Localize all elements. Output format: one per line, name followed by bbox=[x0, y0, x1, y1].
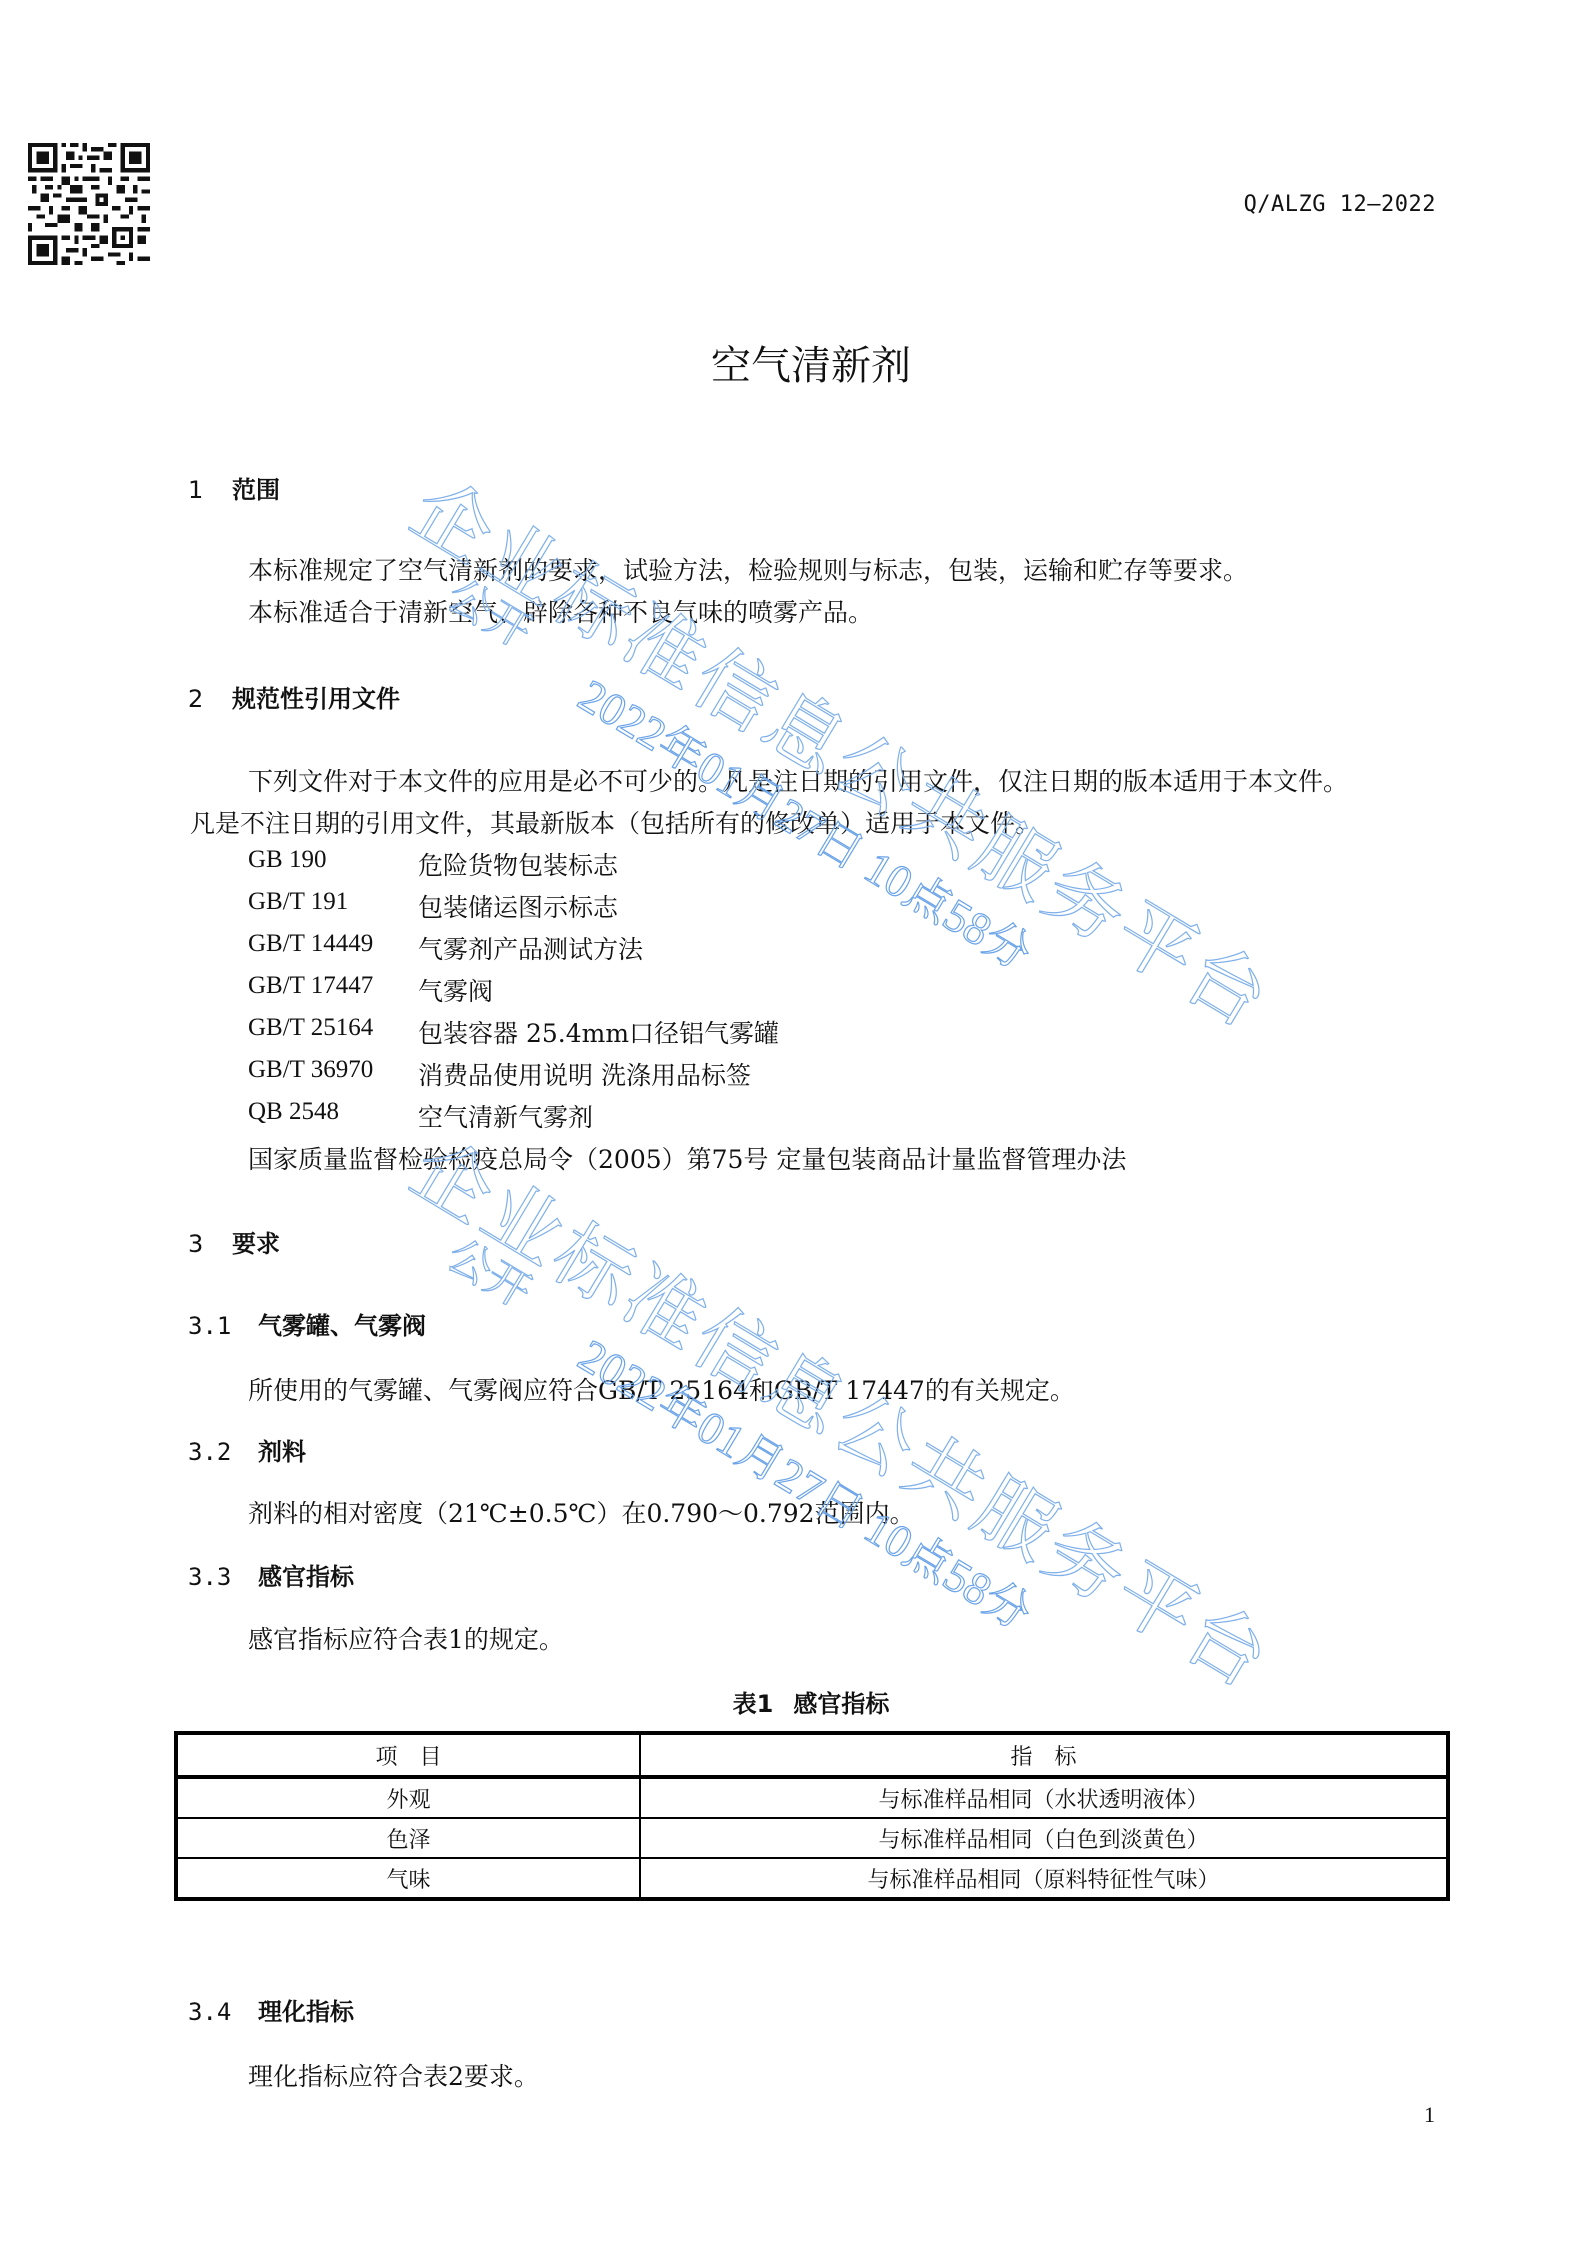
reference-code: GB/T 191 bbox=[248, 888, 348, 916]
reference-code: QB 2548 bbox=[248, 1098, 339, 1126]
watermark-status: 公开 bbox=[437, 1220, 545, 1320]
reference-title: 危险货物包装标志 bbox=[418, 846, 618, 882]
table-caption: 表1感官指标 bbox=[0, 1684, 1588, 1719]
section-title: 范围 bbox=[232, 476, 280, 504]
section-number: 3 bbox=[188, 1230, 232, 1258]
reference-code: GB/T 14449 bbox=[248, 930, 373, 958]
table-cell: 色泽 bbox=[176, 1818, 640, 1858]
reference-title: 空气清新气雾剂 bbox=[418, 1098, 593, 1134]
table-cell: 外观 bbox=[176, 1777, 640, 1818]
subsection-3-1-heading: 3.1气雾罐、气雾阀 bbox=[188, 1306, 426, 1341]
table-header-row: 项 目 指 标 bbox=[176, 1733, 1448, 1777]
subsection-3-4-heading: 3.4理化指标 bbox=[188, 1992, 354, 2027]
paragraph: 感官指标应符合表1的规定。 bbox=[248, 1620, 564, 1656]
document-code: Q/ALZG 12—2022 bbox=[1244, 192, 1436, 217]
page-title: 空气清新剂 bbox=[0, 334, 1588, 391]
section-title: 要求 bbox=[232, 1230, 280, 1258]
paragraph: 所使用的气雾罐、气雾阀应符合GB/T 25164和GB/T 17447的有关规定… bbox=[248, 1371, 1075, 1407]
sensory-index-table: 项 目 指 标 外观 与标准样品相同（水状透明液体） 色泽 与标准样品相同（白色… bbox=[174, 1731, 1450, 1901]
section-2-heading: 2规范性引用文件 bbox=[188, 679, 400, 714]
table-row: 外观 与标准样品相同（水状透明液体） bbox=[176, 1777, 1448, 1818]
reference-title: 气雾剂产品测试方法 bbox=[418, 930, 643, 966]
reference-title: 包装储运图示标志 bbox=[418, 888, 618, 924]
paragraph: 本标准适合于清新空气、辟除各种不良气味的喷雾产品。 bbox=[248, 593, 873, 629]
paragraph: 本标准规定了空气清新剂的要求，试验方法，检验规则与标志，包装，运输和贮存等要求。 bbox=[248, 551, 1248, 587]
section-number: 3.2 bbox=[188, 1438, 258, 1466]
reference-extra: 国家质量监督检验检疫总局令（2005）第75号 定量包装商品计量监督管理办法 bbox=[248, 1140, 1126, 1176]
reference-code: GB/T 17447 bbox=[248, 972, 373, 1000]
paragraph: 理化指标应符合表2要求。 bbox=[248, 2057, 539, 2093]
watermark-datetime: 2022年01月27日 10点58分 bbox=[568, 1320, 1046, 1643]
subsection-3-3-heading: 3.3感官指标 bbox=[188, 1557, 354, 1592]
reference-title: 气雾阀 bbox=[418, 972, 493, 1008]
column-header: 项 目 bbox=[176, 1733, 640, 1777]
section-title: 剂料 bbox=[258, 1438, 306, 1466]
section-title: 气雾罐、气雾阀 bbox=[258, 1312, 426, 1340]
table-title: 感官指标 bbox=[793, 1690, 889, 1718]
page-number: 1 bbox=[1424, 2102, 1435, 2128]
reference-code: GB/T 25164 bbox=[248, 1014, 373, 1042]
section-number: 3.4 bbox=[188, 1998, 258, 2026]
section-3-heading: 3要求 bbox=[188, 1224, 280, 1259]
qr-code-icon bbox=[28, 143, 150, 265]
reference-code: GB/T 36970 bbox=[248, 1056, 373, 1084]
section-number: 3.1 bbox=[188, 1312, 258, 1340]
paragraph: 剂料的相对密度（21℃±0.5℃）在0.790～0.792范围内。 bbox=[248, 1494, 915, 1530]
table-cell: 与标准样品相同（原料特征性气味） bbox=[640, 1858, 1448, 1899]
section-1-heading: 1范围 bbox=[188, 470, 280, 505]
subsection-3-2-heading: 3.2剂料 bbox=[188, 1432, 306, 1467]
table-cell: 气味 bbox=[176, 1858, 640, 1899]
table-row: 气味 与标准样品相同（原料特征性气味） bbox=[176, 1858, 1448, 1899]
section-title: 理化指标 bbox=[258, 1998, 354, 2026]
section-number: 1 bbox=[188, 476, 232, 504]
table-cell: 与标准样品相同（白色到淡黄色） bbox=[640, 1818, 1448, 1858]
section-number: 2 bbox=[188, 685, 232, 713]
section-number: 3.3 bbox=[188, 1563, 258, 1591]
reference-code: GB 190 bbox=[248, 846, 326, 874]
table-cell: 与标准样品相同（水状透明液体） bbox=[640, 1777, 1448, 1818]
table-number: 表1 bbox=[733, 1690, 774, 1718]
paragraph: 下列文件对于本文件的应用是必不可少的。凡是注日期的引用文件，仅注日期的版本适用于… bbox=[248, 762, 1348, 798]
section-title: 感官指标 bbox=[258, 1563, 354, 1591]
reference-title: 消费品使用说明 洗涤用品标签 bbox=[418, 1056, 751, 1092]
paragraph: 凡是不注日期的引用文件，其最新版本（包括所有的修改单）适用于本文件。 bbox=[190, 804, 1040, 840]
section-title: 规范性引用文件 bbox=[232, 685, 400, 713]
reference-title: 包装容器 25.4mm口径铝气雾罐 bbox=[418, 1014, 779, 1050]
column-header: 指 标 bbox=[640, 1733, 1448, 1777]
table-row: 色泽 与标准样品相同（白色到淡黄色） bbox=[176, 1818, 1448, 1858]
